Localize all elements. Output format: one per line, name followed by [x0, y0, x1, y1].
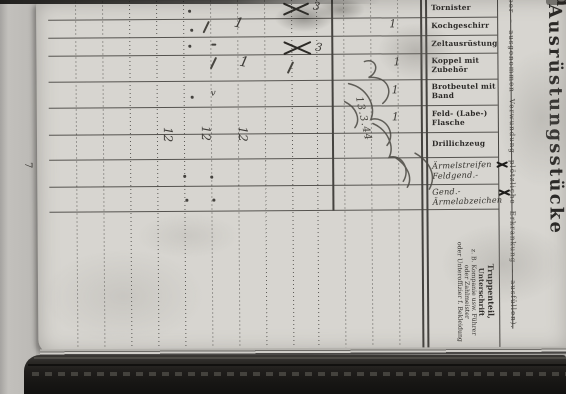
tally-stroke: [287, 61, 294, 74]
cover-highlight: [34, 357, 566, 359]
column-line: [102, 1, 105, 349]
book-top-edge: [0, 0, 380, 4]
caption-unteroffizier: oder Unteroffizier f. Bekleidung: [456, 235, 464, 349]
caption-unterschrift: Unterschrift: [477, 236, 487, 349]
handwritten-12: 12: [199, 126, 213, 141]
column-line: [264, 0, 267, 348]
soldbuch-page: Tornister Kochgeschirr Zeltausrüstung Ko…: [36, 0, 566, 354]
column-line: [237, 0, 240, 348]
row-label-tornister: Tornister: [427, 0, 497, 17]
ink-dot: [191, 96, 194, 99]
handwritten-check: v: [211, 89, 216, 99]
ink-dot: [190, 29, 193, 32]
handwritten-12: 12: [161, 127, 175, 142]
x-mark-entry: [282, 40, 312, 53]
book-top-edge-right: [546, 0, 566, 5]
handwritten-12: 12: [236, 126, 250, 141]
column-line: [129, 1, 132, 349]
caption-kompanie: z. B. Kompanie usw. Führer: [470, 235, 478, 349]
handwritten-1: 1: [389, 17, 396, 30]
ink-dot: [210, 176, 213, 179]
scanned-soldbuch-photo: Tornister Kochgeschirr Zeltausrüstung Ko…: [0, 0, 566, 394]
ink-dot: [188, 10, 191, 13]
row-label-zeltausruestung: Zeltausrüstung: [427, 35, 497, 53]
handwritten-1: 1: [238, 54, 250, 71]
signature-scribble: [336, 57, 447, 208]
column-line: [156, 1, 159, 349]
tally-stroke: [202, 21, 209, 34]
ink-dash: [211, 44, 216, 46]
x-mark: [496, 157, 508, 170]
caption-truppenteil: Truppenteil,: [486, 235, 497, 349]
book-cover: [24, 355, 566, 394]
cover-stitching: [32, 372, 566, 376]
cover-seam: [28, 364, 566, 366]
x-mark: [498, 185, 510, 198]
crossed-out-note: eer – ausgenommen Verwundung plötzliche …: [498, 0, 517, 349]
ink-dot: [183, 175, 186, 178]
page-number: 7: [22, 162, 33, 168]
handwritten-1: 1: [232, 15, 244, 33]
row-label-kochgeschirr: Kochgeschirr: [427, 17, 497, 35]
handwritten-3: 3: [315, 40, 324, 54]
signature-caption-block: Truppenteil, Unterschrift z. B. Kompanie…: [434, 235, 497, 349]
ink-dot: [188, 45, 191, 48]
page-heading: Ausrüstungsstücke: [517, 4, 566, 348]
ink-dot: [212, 199, 215, 202]
ink-dot: [185, 199, 188, 202]
column-line: [75, 2, 78, 350]
